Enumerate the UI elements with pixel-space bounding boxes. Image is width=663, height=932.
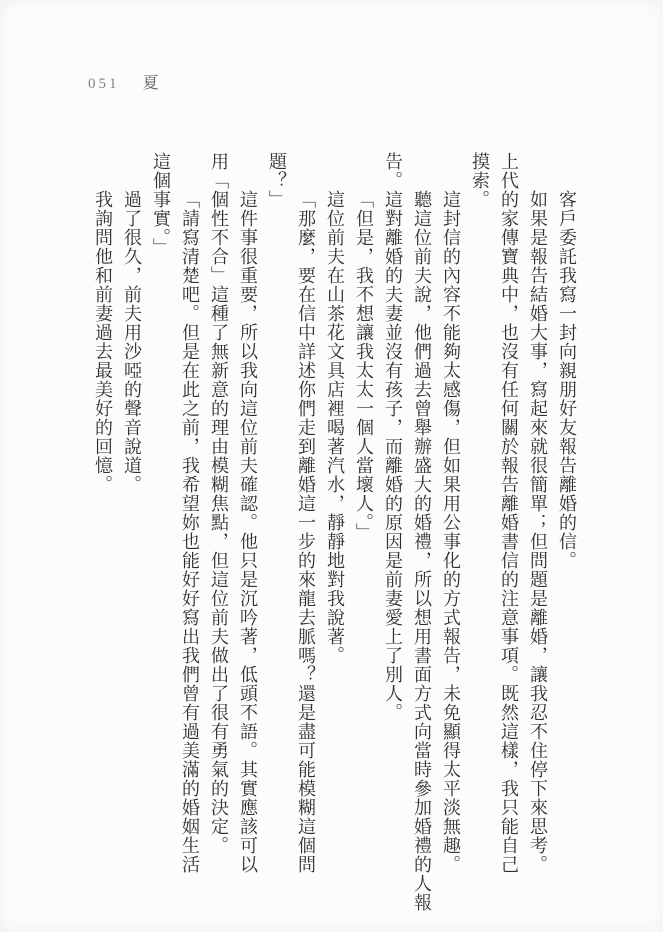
book-page: 051 夏 客戶委託我寫一封向親朋好友報告離婚的信。如果是報告結婚大事，寫起來就… xyxy=(0,0,663,932)
text-column: 「那麼，要在信中詳述你們走到離婚這一步的來龍去脈嗎？還是盡可能模糊這個問 xyxy=(291,152,320,914)
text-block: 客戶委託我寫一封向親朋好友報告離婚的信。如果是報告結婚大事，寫起來就很簡單；但問… xyxy=(88,152,581,914)
text-column: 聽這位前夫說，他們過去曾舉辦盛大的婚禮，所以想用書面方式向當時參加婚禮的人報 xyxy=(407,152,436,914)
text-column: 我詢問他和前妻過去最美好的回憶。 xyxy=(88,152,117,914)
text-column: 用「個性不合」這種了無新意的理由模糊焦點，但這位前夫做出了很有勇氣的決定。 xyxy=(204,152,233,914)
page-number: 051 xyxy=(88,76,120,93)
text-column: 「但是，我不想讓我太太一個人當壞人。」 xyxy=(349,152,378,914)
section-title: 夏 xyxy=(143,70,159,93)
text-column: 告。這對離婚的夫妻並沒有孩子，而離婚的原因是前妻愛上了別人。 xyxy=(378,152,407,914)
text-column: 題？」 xyxy=(262,152,291,914)
running-head: 051 夏 xyxy=(88,70,159,93)
text-column: 這件事很重要，所以我向這位前夫確認。他只是沉吟著，低頭不語。其實應該可以 xyxy=(233,152,262,914)
text-column: 這個事實。」 xyxy=(146,152,175,914)
text-column: 這位前夫在山茶花文具店裡喝著汽水，靜靜地對我說著。 xyxy=(320,152,349,914)
text-column: 上代的家傳寶典中，也沒有任何關於報告離婚書信的注意事項。既然這樣，我只能自己 xyxy=(494,152,523,914)
text-column: 「請寫清楚吧。但是在此之前，我希望妳也能好好寫出我們曾有過美滿的婚姻生活 xyxy=(175,152,204,914)
text-column: 如果是報告結婚大事，寫起來就很簡單；但問題是離婚，讓我忍不住停下來思考。 xyxy=(523,152,552,914)
text-column: 這封信的內容不能夠太感傷，但如果用公事化的方式報告，未免顯得太平淡無趣。 xyxy=(436,152,465,914)
text-column: 摸索。 xyxy=(465,152,494,914)
text-column: 過了很久，前夫用沙啞的聲音說道。 xyxy=(117,152,146,914)
text-column: 客戶委託我寫一封向親朋好友報告離婚的信。 xyxy=(552,152,581,914)
